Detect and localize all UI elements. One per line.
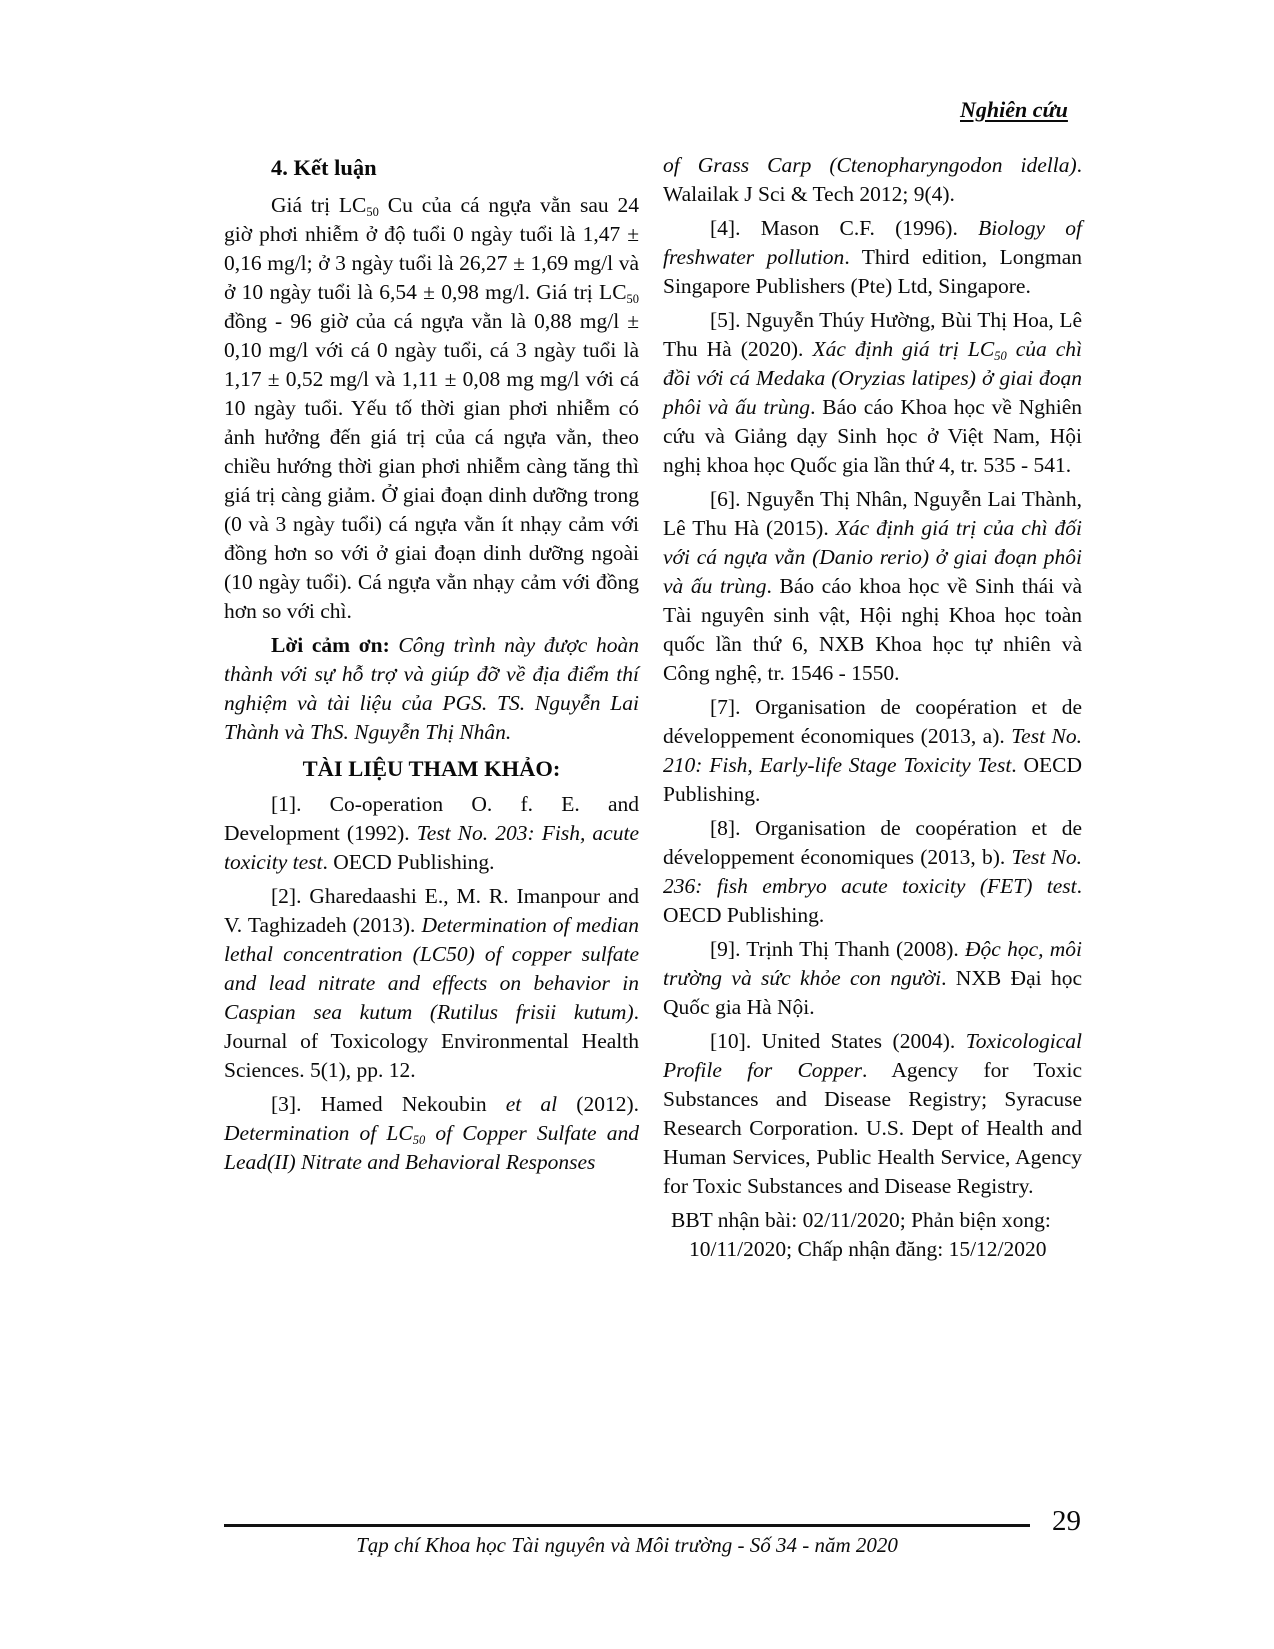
text-run: 50 xyxy=(994,349,1006,363)
reference-1: [1]. Co-operation O. f. E. and Developme… xyxy=(224,790,639,877)
text-run: [10]. United States (2004). xyxy=(710,1029,966,1053)
text-run: Xác định giá trị LC xyxy=(812,337,994,361)
reference-2: [2]. Gharedaashi E., M. R. Imanpour and … xyxy=(224,882,639,1085)
footer-journal-line: Tạp chí Khoa học Tài nguyên và Môi trườn… xyxy=(224,1531,1030,1559)
text-run: et al xyxy=(506,1092,557,1116)
reference-8: [8]. Organisation de coopération et de d… xyxy=(663,814,1082,930)
text-run: [3]. Hamed Nekoubin xyxy=(271,1092,506,1116)
text-run: đồng - 96 giờ của cá ngựa vằn là 0,88 mg… xyxy=(224,309,639,623)
text-run: Giá trị LC xyxy=(271,193,366,217)
text-run: (2012). xyxy=(557,1092,639,1116)
text-run: . OECD Publishing. xyxy=(323,850,495,874)
running-head: Nghiên cứu xyxy=(960,95,1090,124)
text-run: 50 xyxy=(413,1133,425,1147)
reference-9: [9]. Trịnh Thị Thanh (2008). Độc học, mô… xyxy=(663,935,1082,1022)
reference-5: [5]. Nguyễn Thúy Hường, Bùi Thị Hoa, Lê … xyxy=(663,306,1082,480)
reference-3-continuation: of Grass Carp (Ctenopharyngodon idella).… xyxy=(663,151,1082,209)
acknowledgment-paragraph: Lời cảm ơn: Công trình này được hoàn thà… xyxy=(224,631,639,747)
journal-page: Nghiên cứu 4. Kết luận Giá trị LC50 Cu c… xyxy=(0,0,1274,1649)
text-run: 50 xyxy=(627,292,639,306)
right-column: of Grass Carp (Ctenopharyngodon idella).… xyxy=(663,151,1082,1264)
bbt-accepted-line: 10/11/2020; Chấp nhận đăng: 15/12/2020 xyxy=(663,1235,1082,1264)
conclusion-paragraph: Giá trị LC50 Cu của cá ngựa vằn sau 24 g… xyxy=(224,191,639,626)
text-run: Lời cảm ơn: xyxy=(271,633,398,657)
bbt-note: BBT nhận bài: 02/11/2020; Phản biện xong… xyxy=(663,1206,1082,1264)
reference-7: [7]. Organisation de coopération et de d… xyxy=(663,693,1082,809)
conclusion-heading: 4. Kết luận xyxy=(224,153,639,182)
reference-4: [4]. Mason C.F. (1996). Biology of fresh… xyxy=(663,214,1082,301)
bbt-received-line: BBT nhận bài: 02/11/2020; Phản biện xong… xyxy=(663,1206,1082,1235)
footer-rule xyxy=(224,1524,1030,1527)
references-heading: TÀI LIỆU THAM KHẢO: xyxy=(224,754,639,783)
text-run: [9]. Trịnh Thị Thanh (2008). xyxy=(710,937,965,961)
text-run: of Grass Carp (Ctenopharyngodon idella) xyxy=(663,153,1077,177)
reference-3: [3]. Hamed Nekoubin et al (2012). Determ… xyxy=(224,1090,639,1177)
text-run: Determination of LC xyxy=(224,1121,413,1145)
reference-10: [10]. United States (2004). Toxicologica… xyxy=(663,1027,1082,1201)
reference-6: [6]. Nguyễn Thị Nhân, Nguyễn Lai Thành, … xyxy=(663,485,1082,688)
left-column: 4. Kết luận Giá trị LC50 Cu của cá ngựa … xyxy=(224,151,639,1182)
text-run: 50 xyxy=(366,205,378,219)
text-run: [4]. Mason C.F. (1996). xyxy=(710,216,978,240)
page-number: 29 xyxy=(1052,1504,1081,1538)
